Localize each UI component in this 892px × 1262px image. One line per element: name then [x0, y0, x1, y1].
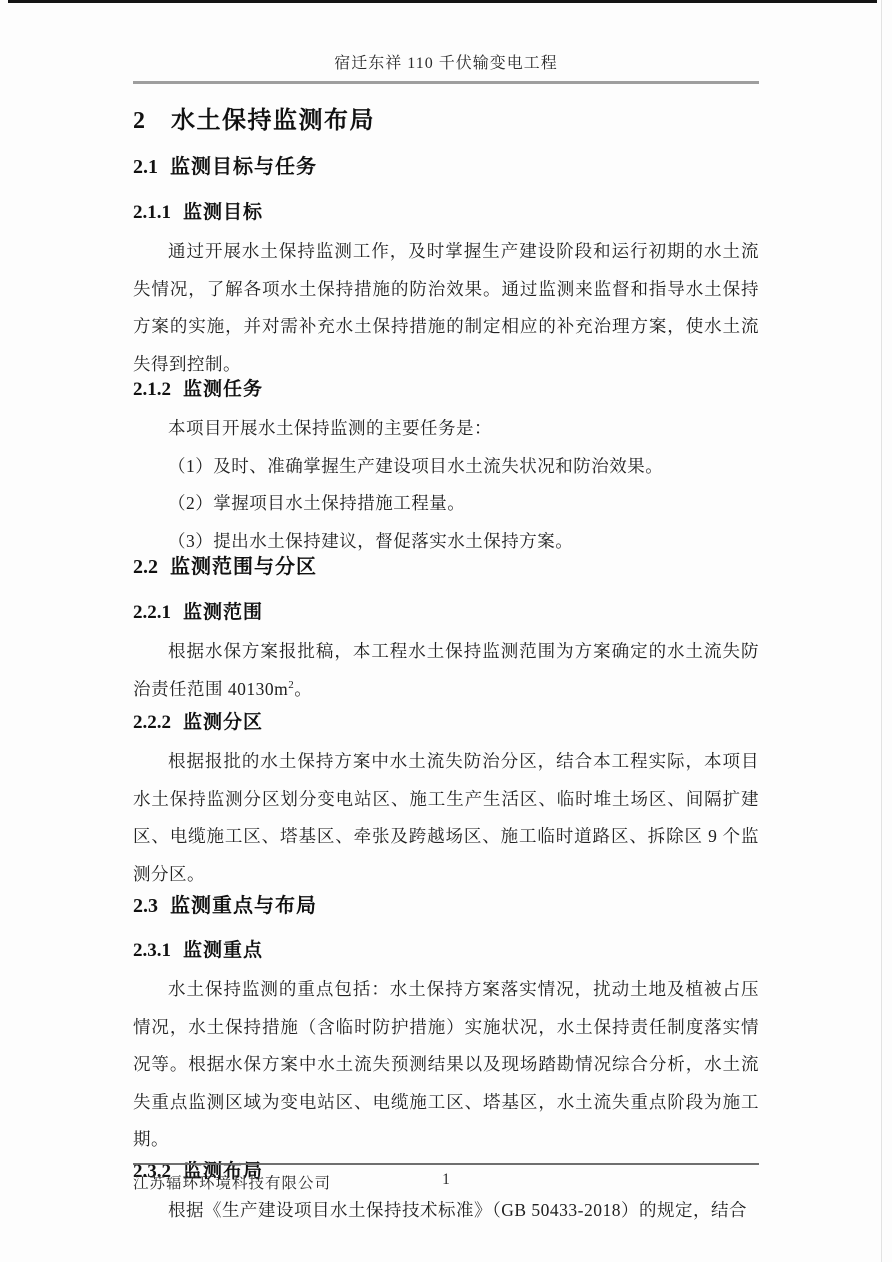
- task-item-2: （2）掌握项目水土保持措施工程量。: [133, 485, 759, 523]
- paragraph-monitoring-zones: 根据报批的水土保持方案中水土流失防治分区，结合本工程实际，本项目水土保持监测分区…: [133, 743, 759, 893]
- heading-2-2-1-number: 2.2.1: [133, 602, 171, 623]
- heading-2-3-1-title: 监测重点: [183, 940, 263, 961]
- document-page: 宿迁东祥 110 千伏输变电工程 2水土保持监测布局 2.1监测目标与任务 2.…: [0, 0, 892, 1262]
- heading-2-1-1-number: 2.1.1: [133, 202, 171, 223]
- heading-2-3-number: 2.3: [133, 895, 158, 917]
- heading-2-1-title: 监测目标与任务: [170, 156, 317, 178]
- heading-2-1-1: 2.1.1监测目标: [133, 200, 759, 225]
- page-number: 1: [133, 1171, 759, 1189]
- heading-2-1: 2.1监测目标与任务: [133, 154, 759, 180]
- footer-row: 江苏辐环环境科技有限公司 1: [133, 1171, 759, 1193]
- paragraph-tasks-intro: 本项目开展水土保持监测的主要任务是：: [133, 410, 759, 448]
- chapter-number: 2: [133, 108, 145, 134]
- heading-2-2-1-title: 监测范围: [183, 602, 263, 623]
- heading-2-2-number: 2.2: [133, 556, 158, 578]
- scan-artifact-right-line: [881, 0, 882, 1262]
- heading-2-1-2-number: 2.1.2: [133, 379, 171, 400]
- heading-2-2-1: 2.2.1监测范围: [133, 600, 759, 625]
- heading-2-2-2-title: 监测分区: [183, 712, 263, 733]
- heading-2-2-2-number: 2.2.2: [133, 712, 171, 733]
- heading-2-3-title: 监测重点与布局: [170, 895, 317, 917]
- paragraph-monitoring-layout: 根据《生产建设项目水土保持技术标准》（GB 50433-2018）的规定，结合: [133, 1192, 759, 1230]
- scope-text-before: 根据水保方案报批稿，本工程水土保持监测范围为方案确定的水土流失防治责任范围 40…: [133, 641, 759, 699]
- running-header-title: 宿迁东祥 110 千伏输变电工程: [133, 52, 759, 76]
- chapter-title: 水土保持监测布局: [171, 108, 375, 134]
- heading-2-3-1-number: 2.3.1: [133, 940, 171, 961]
- paragraph-monitoring-scope: 根据水保方案报批稿，本工程水土保持监测范围为方案确定的水土流失防治责任范围 40…: [133, 633, 759, 708]
- paragraph-monitoring-focus: 水土保持监测的重点包括：水土保持方案落实情况，扰动土地及植被占压情况，水土保持措…: [133, 971, 759, 1159]
- heading-2-2-title: 监测范围与分区: [170, 556, 317, 578]
- heading-2-1-1-title: 监测目标: [183, 202, 263, 223]
- page-content: 宿迁东祥 110 千伏输变电工程 2水土保持监测布局 2.1监测目标与任务 2.…: [133, 0, 759, 1229]
- task-item-1: （1）及时、准确掌握生产建设项目水土流失状况和防治效果。: [133, 448, 759, 486]
- page-footer: 江苏辐环环境科技有限公司 1: [133, 1163, 759, 1193]
- scope-text-after: 。: [294, 679, 312, 699]
- chapter-heading: 2水土保持监测布局: [133, 106, 759, 136]
- footer-rule: [133, 1163, 759, 1165]
- paragraph-monitoring-goal: 通过开展水土保持监测工作，及时掌握生产建设阶段和运行初期的水土流失情况，了解各项…: [133, 233, 759, 383]
- heading-2-3: 2.3监测重点与布局: [133, 893, 759, 919]
- heading-2-3-1: 2.3.1监测重点: [133, 938, 759, 963]
- heading-2-2-2: 2.2.2监测分区: [133, 710, 759, 735]
- heading-2-1-number: 2.1: [133, 156, 158, 178]
- heading-2-1-2-title: 监测任务: [183, 379, 263, 400]
- header-rule: [133, 81, 759, 84]
- heading-2-1-2: 2.1.2监测任务: [133, 377, 759, 402]
